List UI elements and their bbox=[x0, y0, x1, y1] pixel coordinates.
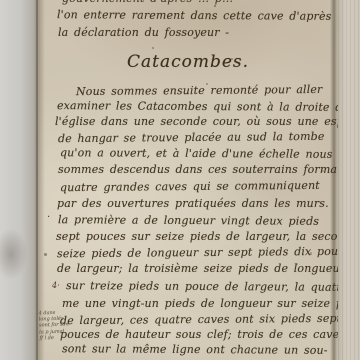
manuscript-line: de largeur, ces quatre caves ont six pie… bbox=[60, 312, 341, 329]
manuscript-line: l'on enterre rarement dans cette cave d'… bbox=[57, 8, 332, 25]
ink-speck bbox=[152, 47, 154, 49]
manuscript-line: pouces de hauteur sous clef; trois de ce… bbox=[60, 328, 360, 343]
manuscript-photo: gouvernement d'après … p… l'on enterre r… bbox=[0, 0, 360, 360]
ink-speck bbox=[296, 263, 298, 265]
manuscript-line: me une vingt-un pieds de longueur sur se… bbox=[62, 297, 360, 312]
ink-speck bbox=[128, 61, 130, 63]
manuscript-line: sept pouces sur seize pieds de largeur, … bbox=[56, 230, 359, 245]
manuscript-line: sont sur la même ligne ont chacune un so… bbox=[62, 342, 328, 359]
manuscript-line: la première a de longueur vingt deux pie… bbox=[58, 213, 319, 230]
margin-number-mark: 4· bbox=[52, 281, 60, 290]
left-page-edge bbox=[0, 0, 38, 360]
manuscript-line: l'église dans une seconde cour, où sous … bbox=[55, 115, 360, 130]
ink-speck bbox=[231, 58, 233, 60]
margin-note: 4 dans long tolés sont for Rm la p jumal… bbox=[38, 309, 69, 341]
ink-speck bbox=[214, 5, 216, 7]
manuscript-line: par des ouvertures pratiquées dans les m… bbox=[57, 197, 329, 212]
manuscript-line: Nous sommes ensuite remonté pour aller bbox=[76, 83, 323, 100]
manuscript-line: de largeur; la troisième seize pieds de … bbox=[57, 262, 345, 277]
manuscript-line: seize pieds de longueur sur sept pieds d… bbox=[57, 245, 357, 263]
page-edge-shadow bbox=[36, 0, 45, 360]
margin-dot-mark: · bbox=[47, 212, 50, 223]
margin-note-line: ff l de bbox=[39, 334, 69, 341]
manuscript-line: examiner les Catacombes qui sont à la dr… bbox=[57, 99, 349, 116]
ink-speck bbox=[310, 252, 312, 255]
manuscript-line-clipped: gouvernement d'après … p… bbox=[62, 0, 233, 7]
manuscript-line: quatre grandes caves qui se communiquent bbox=[60, 179, 320, 196]
manuscript-line: sur treize pieds un pouce de largeur, la… bbox=[66, 279, 352, 296]
ink-speck bbox=[44, 253, 47, 256]
manuscript-line: sommes descendus dans ces souterrains fo… bbox=[58, 163, 349, 178]
ink-speck bbox=[206, 83, 208, 85]
manuscript-line: qu'on a ouvert, et à l'aide d'une échell… bbox=[60, 146, 333, 163]
manuscript-line: de hangar se trouve placée au sud la tom… bbox=[58, 130, 325, 147]
right-page-edge bbox=[338, 0, 360, 360]
manuscript-line: la déclaration du fossoyeur - bbox=[58, 26, 229, 41]
section-heading-catacombes: Catacombes. bbox=[127, 52, 249, 72]
ink-speck bbox=[322, 170, 324, 172]
